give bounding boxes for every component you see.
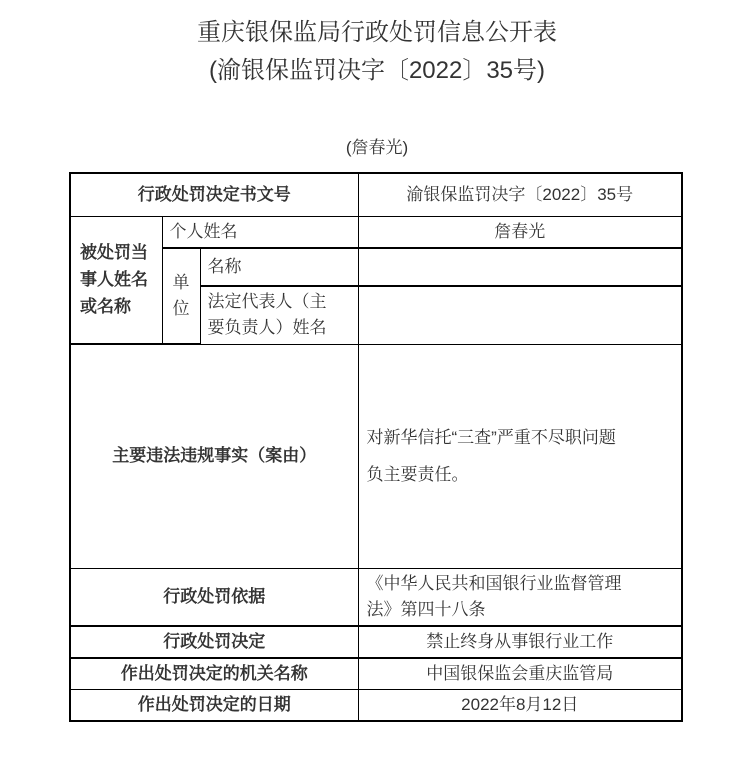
row-personal-name: 被处罚当 事人姓名 或名称 个人姓名 詹春光 — [70, 216, 682, 248]
decision-label: 行政处罚决定 — [70, 626, 358, 658]
personal-name-label: 个人姓名 — [162, 216, 358, 248]
date-label: 作出处罚决定的日期 — [70, 690, 358, 722]
doc-no-value: 渝银保监罚决字〔2022〕35号 — [358, 173, 682, 216]
doc-no-label: 行政处罚决定书文号 — [70, 173, 358, 216]
row-org-name: 单 位 名称 — [70, 248, 682, 286]
row-facts: 主要违法违规事实（案由） 对新华信托“三查”严重不尽职问题 负主要责任。 — [70, 344, 682, 568]
authority-label: 作出处罚决定的机关名称 — [70, 658, 358, 690]
authority-value: 中国银保监会重庆监管局 — [358, 658, 682, 690]
subject-name: (詹春光) — [0, 137, 754, 158]
basis-value: 《中华人民共和国银行业监督管理 法》第四十八条 — [358, 568, 682, 626]
org-name-label: 名称 — [200, 248, 358, 286]
penalty-info-table: 行政处罚决定书文号 渝银保监罚决字〔2022〕35号 被处罚当 事人姓名 或名称… — [69, 172, 683, 722]
row-doc-no: 行政处罚决定书文号 渝银保监罚决字〔2022〕35号 — [70, 173, 682, 216]
personal-name-value: 詹春光 — [358, 216, 682, 248]
org-name-value — [358, 248, 682, 286]
legal-rep-label: 法定代表人（主 要负责人）姓名 — [200, 286, 358, 344]
document-title: 重庆银保监局行政处罚信息公开表 (渝银保监罚决字〔2022〕35号) — [0, 0, 754, 90]
document-number-line: (渝银保监罚决字〔2022〕35号) — [0, 52, 754, 90]
document-title-line1: 重庆银保监局行政处罚信息公开表 — [0, 14, 754, 52]
legal-rep-value — [358, 286, 682, 344]
facts-value: 对新华信托“三查”严重不尽职问题 负主要责任。 — [358, 344, 682, 568]
row-decision: 行政处罚决定 禁止终身从事银行业工作 — [70, 626, 682, 658]
punished-party-label: 被处罚当 事人姓名 或名称 — [70, 216, 162, 344]
date-value: 2022年8月12日 — [358, 690, 682, 722]
org-unit-label: 单 位 — [162, 248, 200, 344]
row-basis: 行政处罚依据 《中华人民共和国银行业监督管理 法》第四十八条 — [70, 568, 682, 626]
row-authority: 作出处罚决定的机关名称 中国银保监会重庆监管局 — [70, 658, 682, 690]
facts-label: 主要违法违规事实（案由） — [70, 344, 358, 568]
decision-value: 禁止终身从事银行业工作 — [358, 626, 682, 658]
basis-label: 行政处罚依据 — [70, 568, 358, 626]
row-date: 作出处罚决定的日期 2022年8月12日 — [70, 690, 682, 722]
